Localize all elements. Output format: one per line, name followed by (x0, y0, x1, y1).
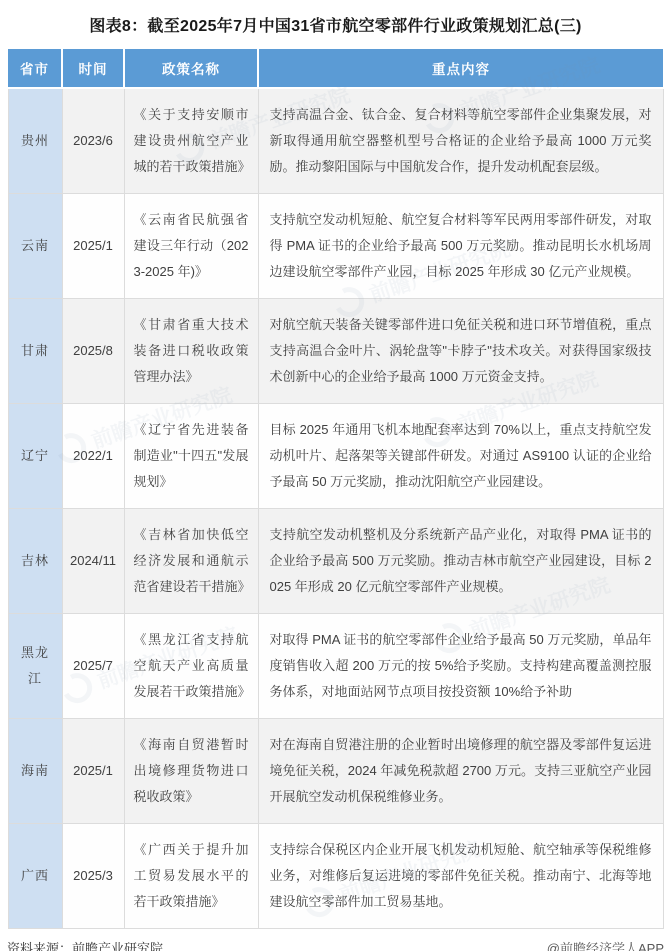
province-cell: 辽宁 (8, 404, 62, 509)
policy-cell: 《黑龙江省支持航空航天产业高质量发展若干政策措施》 (124, 614, 258, 719)
table-row: 甘肃 2025/8 《甘肃省重大技术装备进口税收政策管理办法》 对航空航天装备关… (8, 299, 663, 404)
policy-cell: 《吉林省加快低空经济发展和通航示范省建设若干措施》 (124, 509, 258, 614)
table-row: 贵州 2023/6 《关于支持安顺市建设贵州航空产业城的若干政策措施》 支持高温… (8, 88, 663, 194)
date-cell: 2025/1 (62, 719, 124, 824)
policy-table: 省市 时间 政策名称 重点内容 贵州 2023/6 《关于支持安顺市建设贵州航空… (8, 47, 664, 929)
content-cell: 对在海南自贸港注册的企业暂时出境修理的航空器及零部件复运进境免征关税，2024 … (258, 719, 663, 824)
table-row: 黑龙江 2025/7 《黑龙江省支持航空航天产业高质量发展若干政策措施》 对取得… (8, 614, 663, 719)
figure-title: 图表8：截至2025年7月中国31省市航空零部件行业政策规划汇总(三) (0, 0, 671, 47)
content-cell: 支持航空发动机短舱、航空复合材料等军民两用零部件研发，对取得 PMA 证书的企业… (258, 194, 663, 299)
policy-cell: 《辽宁省先进装备制造业"十四五"发展规划》 (124, 404, 258, 509)
province-cell: 黑龙江 (8, 614, 62, 719)
content-cell: 支持高温合金、钛合金、复合材料等航空零部件企业集聚发展，对新取得通用航空器整机型… (258, 88, 663, 194)
province-cell: 吉林 (8, 509, 62, 614)
table-row: 广西 2025/3 《广西关于提升加工贸易发展水平的若干政策措施》 支持综合保税… (8, 824, 663, 929)
date-cell: 2025/8 (62, 299, 124, 404)
content-cell: 支持综合保税区内企业开展飞机发动机短舱、航空轴承等保税维修业务，对维修后复运进境… (258, 824, 663, 929)
date-cell: 2023/6 (62, 88, 124, 194)
policy-cell: 《关于支持安顺市建设贵州航空产业城的若干政策措施》 (124, 88, 258, 194)
content-cell: 对航空航天装备关键零部件进口免征关税和进口环节增值税，重点支持高温合金叶片、涡轮… (258, 299, 663, 404)
policy-cell: 《海南自贸港暂时出境修理货物进口税收政策》 (124, 719, 258, 824)
policy-cell: 《甘肃省重大技术装备进口税收政策管理办法》 (124, 299, 258, 404)
date-cell: 2022/1 (62, 404, 124, 509)
province-cell: 广西 (8, 824, 62, 929)
table-row: 云南 2025/1 《云南省民航强省建设三年行动（2023-2025 年)》 支… (8, 194, 663, 299)
date-cell: 2025/7 (62, 614, 124, 719)
figure-footer: 资料来源：前瞻产业研究院 @前瞻经济学人APP (7, 938, 664, 951)
province-cell: 海南 (8, 719, 62, 824)
date-cell: 2025/1 (62, 194, 124, 299)
source-note: 资料来源：前瞻产业研究院 (7, 938, 163, 951)
table-row: 辽宁 2022/1 《辽宁省先进装备制造业"十四五"发展规划》 目标 2025 … (8, 404, 663, 509)
column-header-policy: 政策名称 (124, 48, 258, 88)
content-cell: 目标 2025 年通用飞机本地配套率达到 70%以上，重点支持航空发动机叶片、起… (258, 404, 663, 509)
policy-cell: 《云南省民航强省建设三年行动（2023-2025 年)》 (124, 194, 258, 299)
table-row: 海南 2025/1 《海南自贸港暂时出境修理货物进口税收政策》 对在海南自贸港注… (8, 719, 663, 824)
date-cell: 2025/3 (62, 824, 124, 929)
credit-note: @前瞻经济学人APP (547, 938, 664, 951)
province-cell: 云南 (8, 194, 62, 299)
content-cell: 支持航空发动机整机及分系统新产品产业化，对取得 PMA 证书的企业给予最高 50… (258, 509, 663, 614)
column-header-date: 时间 (62, 48, 124, 88)
table-row: 吉林 2024/11 《吉林省加快低空经济发展和通航示范省建设若干措施》 支持航… (8, 509, 663, 614)
column-header-province: 省市 (8, 48, 62, 88)
table-header: 省市 时间 政策名称 重点内容 (8, 48, 663, 88)
province-cell: 贵州 (8, 88, 62, 194)
province-cell: 甘肃 (8, 299, 62, 404)
content-cell: 对取得 PMA 证书的航空零部件企业给予最高 50 万元奖励，单品年度销售收入超… (258, 614, 663, 719)
policy-table-body: 贵州 2023/6 《关于支持安顺市建设贵州航空产业城的若干政策措施》 支持高温… (8, 88, 663, 929)
policy-cell: 《广西关于提升加工贸易发展水平的若干政策措施》 (124, 824, 258, 929)
date-cell: 2024/11 (62, 509, 124, 614)
column-header-content: 重点内容 (258, 48, 663, 88)
